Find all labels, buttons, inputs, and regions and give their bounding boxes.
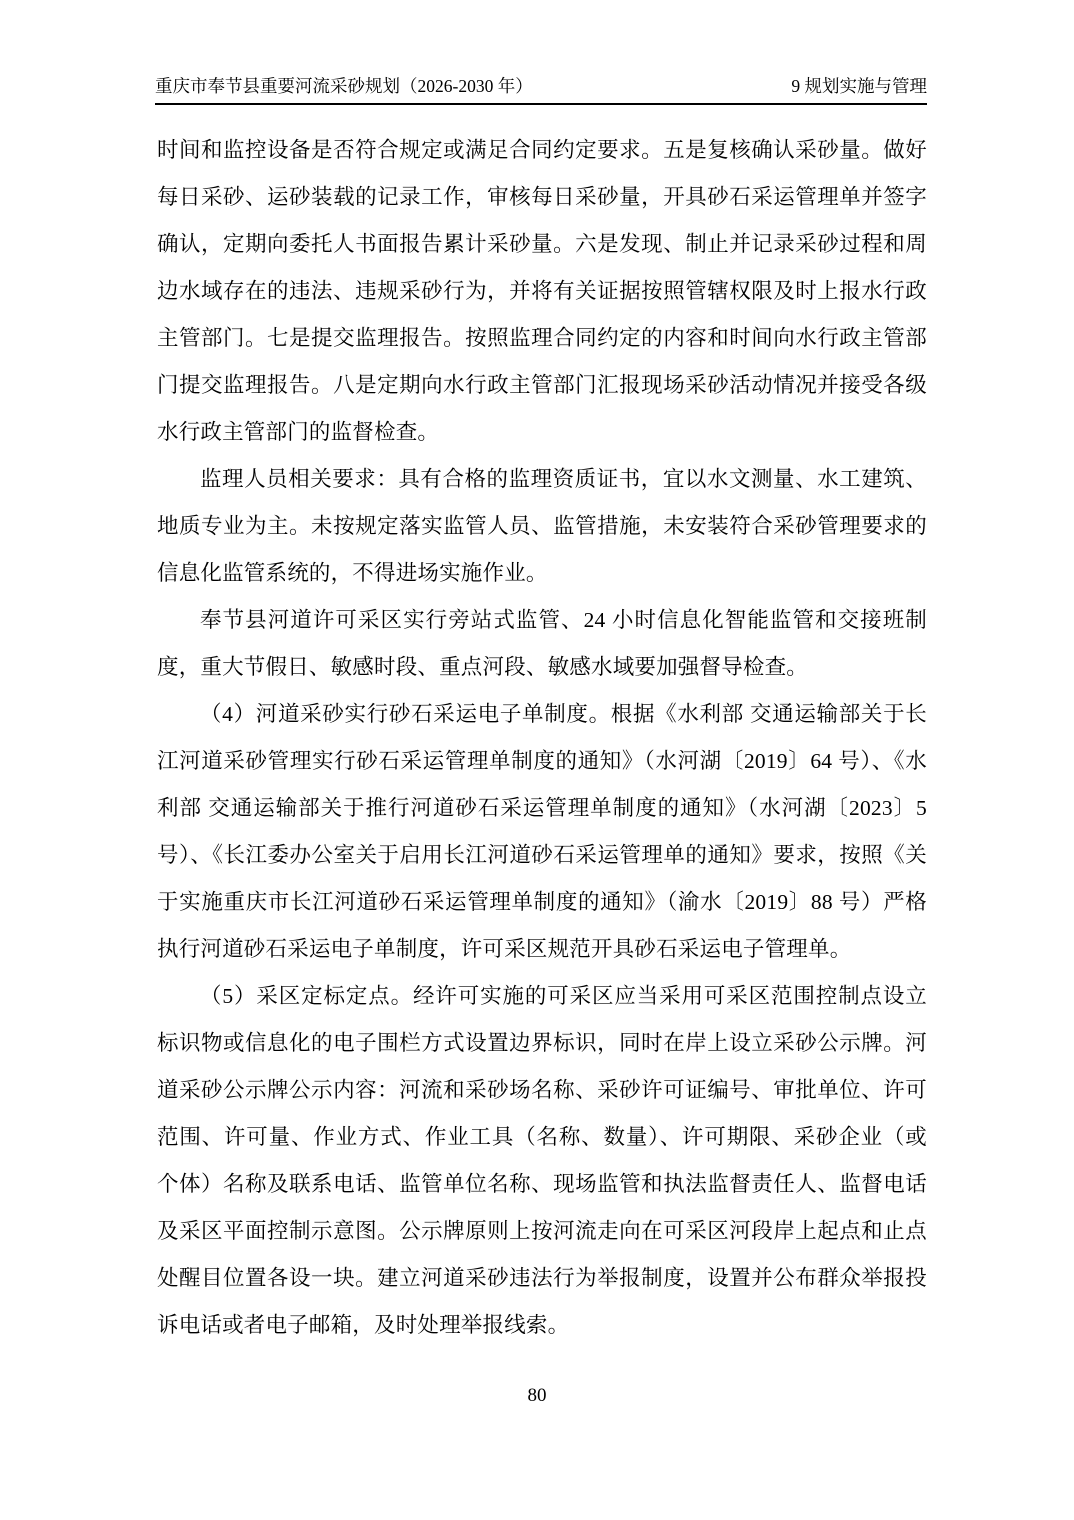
header-chapter-title: 9 规划实施与管理 xyxy=(791,74,927,98)
paragraph-fengjie-supervision: 奉节县河道许可采区实行旁站式监管、24 小时信息化智能监管和交接班制度，重大节假… xyxy=(157,597,927,691)
page-header: 重庆市奉节县重要河流采砂规划（2026-2030 年） 9 规划实施与管理 xyxy=(155,74,927,105)
header-document-title: 重庆市奉节县重要河流采砂规划（2026-2030 年） xyxy=(155,74,533,98)
page-number: 80 xyxy=(528,1385,547,1406)
document-body: 时间和监控设备是否符合规定或满足合同约定要求。五是复核确认采砂量。做好每日采砂、… xyxy=(157,127,927,1349)
paragraph-continuation: 时间和监控设备是否符合规定或满足合同约定要求。五是复核确认采砂量。做好每日采砂、… xyxy=(157,127,927,456)
paragraph-supervision-personnel: 监理人员相关要求：具有合格的监理资质证书，宜以水文测量、水工建筑、地质专业为主。… xyxy=(157,456,927,597)
document-page: 重庆市奉节县重要河流采砂规划（2026-2030 年） 9 规划实施与管理 时间… xyxy=(0,0,1074,1520)
paragraph-item-5-boundary-marking: （5）采区定标定点。经许可实施的可采区应当采用可采区范围控制点设立标识物或信息化… xyxy=(157,973,927,1349)
page-footer: 80 xyxy=(0,1385,1074,1407)
paragraph-item-4-electronic-permit: （4）河道采砂实行砂石采运电子单制度。根据《水利部 交通运输部关于长江河道采砂管… xyxy=(157,691,927,973)
